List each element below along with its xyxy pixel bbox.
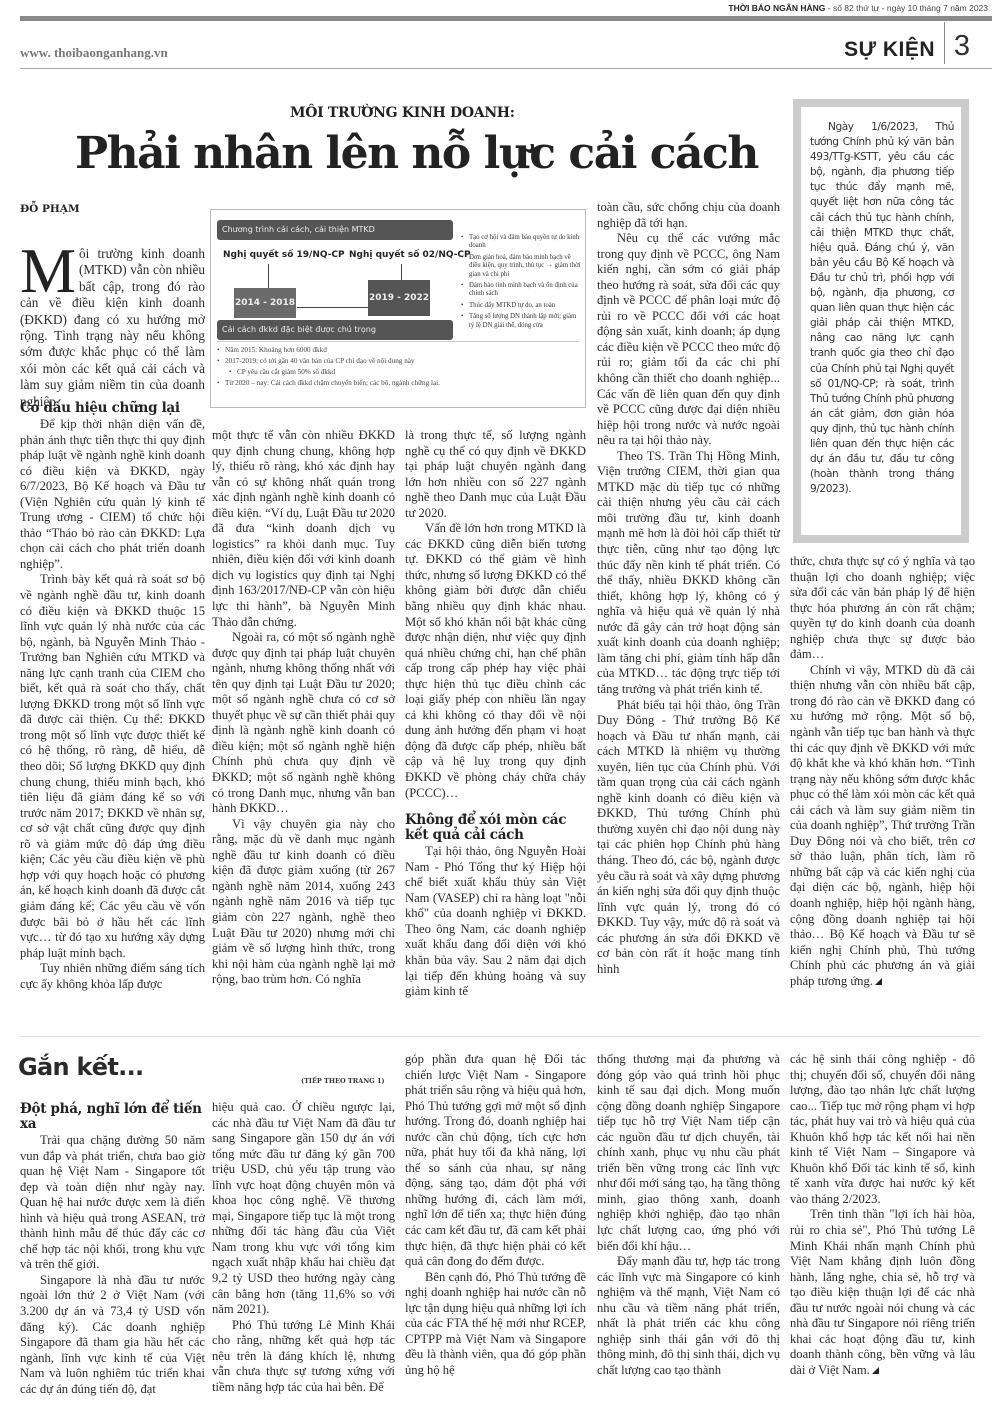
website-link[interactable]: www. thoibaonganhang.vn — [20, 45, 168, 61]
end-mark-icon — [875, 978, 882, 985]
paragraph: Trải qua chặng đường 50 năm vun đắp và p… — [20, 1133, 205, 1273]
connector-line — [268, 264, 269, 289]
paragraph: Phát biểu tại hội thảo, ông Trần Duy Đôn… — [597, 698, 780, 978]
paragraph: Để kịp thời nhận diện vấn đề, phản ánh t… — [20, 417, 205, 572]
second-column-2: hiệu quả cao. Ở chiều ngược lại, các nhà… — [212, 1100, 395, 1395]
period-box-2014-2018: 2014 - 2018 — [234, 288, 296, 318]
resolution-19-label: Nghị quyết số 19/NQ-CP — [223, 250, 345, 260]
diagram-bar-reform: Cải cách đkkd đặc biệt được chú trọng — [217, 320, 453, 340]
paragraph: Chính vì vậy, MTKD dù đã cải thiện nhưng… — [790, 663, 975, 989]
sidebar-callout: Ngày 1/6/2023, Thủ tướng Chính phủ ký vă… — [793, 99, 969, 543]
paragraph: Trình bày kết quả rà soát sơ bộ về ngành… — [20, 572, 205, 961]
sidebar-text: Ngày 1/6/2023, Thủ tướng Chính phủ ký vă… — [810, 120, 954, 497]
paragraph: Nêu cụ thể các vướng mắc trong quy định … — [597, 231, 780, 449]
goal-item: Đơn giản hoá, đảm bảo minh bạch về điều … — [461, 254, 583, 279]
article-kicker: MÔI TRƯỜNG KINH DOANH: — [290, 105, 515, 121]
reform-timeline-diagram: Chương trình cải cách, cải thiện MTKD Ng… — [210, 209, 586, 408]
article-column-2: một thực tế vẫn còn nhiều ĐKKD quy định … — [212, 428, 395, 988]
note-subitem: CP yêu cầu cắt giảm 50% số đkkd — [217, 367, 579, 378]
paragraph: Trên tinh thần "lợi ích hài hòa, rủi ro … — [790, 1207, 975, 1378]
paragraph: toàn cầu, sức chống chịu của doanh nghiệ… — [597, 200, 780, 231]
paragraph: Tại hội thảo, ông Nguyễn Hoài Nam - Phó … — [405, 844, 586, 999]
article-column-5: thức, chưa thực sự có ý nghĩa và tạo thu… — [790, 554, 975, 989]
timeline-line — [297, 307, 369, 308]
goal-item: Tạo cơ hội và đảm bảo quyền tự do kinh d… — [461, 234, 583, 251]
article-lead: Môi trường kinh doanh (MTKD) vẫn còn nhi… — [20, 246, 205, 410]
paragraph: Đẩy mạnh đầu tư, hợp tác trong các lĩnh … — [597, 1254, 780, 1378]
paragraph: là trong thực tế, số lượng ngành nghề cụ… — [405, 428, 586, 521]
note-item: Năm 2015: Khoảng hơn 6000 đkkd — [217, 345, 579, 356]
connector-line — [401, 264, 402, 280]
article-divider — [20, 1036, 980, 1037]
paragraph: các hệ sinh thái công nghiệp - đô thị; c… — [790, 1052, 975, 1207]
paragraph: Vấn đề lớn hơn trong MTKD là các ĐKKD cũ… — [405, 521, 586, 801]
end-mark-icon — [872, 1367, 879, 1374]
article-headline: Phải nhân lên nỗ lực cải cách — [75, 128, 735, 179]
period-box-2019-2022: 2019 - 2022 — [368, 280, 430, 316]
paragraph: hiệu quả cao. Ở chiều ngược lại, các nhà… — [212, 1100, 395, 1318]
second-column-5: các hệ sinh thái công nghiệp - đô thị; c… — [790, 1052, 975, 1378]
page-number: 3 — [954, 30, 970, 63]
second-column-1: Đột phá, nghĩ lớn để tiến xa Trải qua ch… — [20, 1102, 205, 1397]
resolution-02-label: Nghị quyết số 02/NQ-CP — [349, 250, 471, 260]
article-column-3: là trong thực tế, số lượng ngành nghề cụ… — [405, 428, 586, 1000]
paragraph: Vì vậy chuyên gia này cho rằng, mặc dù v… — [212, 817, 395, 988]
note-item: 2017-2019: có tới gần 40 văn bản của CP … — [217, 356, 579, 367]
publication-info: THỜI BÁO NGÂN HÀNG - số 82 thứ tư - ngày… — [728, 3, 988, 13]
paragraph-text: Chính vì vậy, MTKD dù đã cải thiện nhưng… — [790, 663, 975, 988]
paragraph: Theo TS. Trần Thị Hồng Minh, Viện trưởng… — [597, 449, 780, 698]
diagram-bar-program: Chương trình cải cách, cải thiện MTKD — [217, 220, 453, 240]
paragraph: một thực tế vẫn còn nhiều ĐKKD quy định … — [212, 428, 395, 630]
section-divider — [944, 22, 945, 64]
goal-item: Thúc đẩy MTKD tự do, an toàn — [461, 302, 583, 310]
paragraph: thống thương mại đa phương và đóng góp v… — [597, 1052, 780, 1254]
paragraph: thức, chưa thực sự có ý nghĩa và tạo thu… — [790, 554, 975, 663]
diagram-goals-list: Tạo cơ hội và đảm bảo quyền tự do kinh d… — [461, 234, 583, 333]
article-byline: ĐỖ PHẠM — [20, 203, 80, 215]
paragraph: Bên cạnh đó, Phó Thủ tướng đề nghị doanh… — [405, 1270, 586, 1379]
continued-from-label[interactable]: (TIẾP THEO TRANG 1) — [301, 1077, 385, 1085]
paragraph-text: Trên tinh thần "lợi ích hài hòa, rủi ro … — [790, 1207, 975, 1376]
article-column-1: Có dấu hiệu chững lại Để kịp thời nhận d… — [20, 401, 205, 992]
header-rule — [20, 68, 992, 69]
goal-item: Tăng số lượng DN thành lập mới; giảm tỷ … — [461, 313, 583, 330]
top-rule — [20, 16, 992, 21]
paragraph: Ngoài ra, có một số ngành nghề được quy … — [212, 630, 395, 817]
second-column-3: góp phần đưa quan hệ Đối tác chiến lược … — [405, 1052, 586, 1378]
publication-name: THỜI BÁO NGÂN HÀNG — [728, 3, 825, 13]
article-column-4: toàn cầu, sức chống chịu của doanh nghiệ… — [597, 200, 780, 977]
sidebar-inner: Ngày 1/6/2023, Thủ tướng Chính phủ ký vă… — [801, 107, 961, 535]
second-article-title: Gắn kết... — [18, 1053, 143, 1081]
subhead-dot-pha: Đột phá, nghĩ lớn để tiến xa — [20, 1102, 205, 1132]
second-column-4: thống thương mại đa phương và đóng góp v… — [597, 1052, 780, 1378]
section-name: SỰ KIỆN — [844, 38, 935, 62]
subhead-chung-lai: Có dấu hiệu chững lại — [20, 401, 205, 416]
paragraph: góp phần đưa quan hệ Đối tác chiến lược … — [405, 1052, 586, 1270]
paragraph: Phó Thủ tướng Lê Minh Khái cho rằng, nhữ… — [212, 1318, 395, 1396]
goal-item: Đảm bảo tính minh bạch và ổn định của ch… — [461, 282, 583, 299]
paragraph: Tuy nhiên những điểm sáng tích cực ấy kh… — [20, 961, 205, 992]
subhead-xoi-mon: Không để xói mòn các kết quả cải cách — [405, 813, 586, 843]
paragraph: Singapore là nhà đầu tư nước ngoài lớn t… — [20, 1273, 205, 1397]
drop-cap: M — [20, 246, 76, 295]
diagram-notes-list: Năm 2015: Khoảng hơn 6000 đkkd 2017-2019… — [217, 341, 579, 389]
issue-info: - số 82 thứ tư - ngày 10 tháng 7 năm 202… — [825, 3, 988, 13]
note-item: Từ 2020 – nay: Cải cách đkkd chậm chuyển… — [217, 378, 579, 389]
